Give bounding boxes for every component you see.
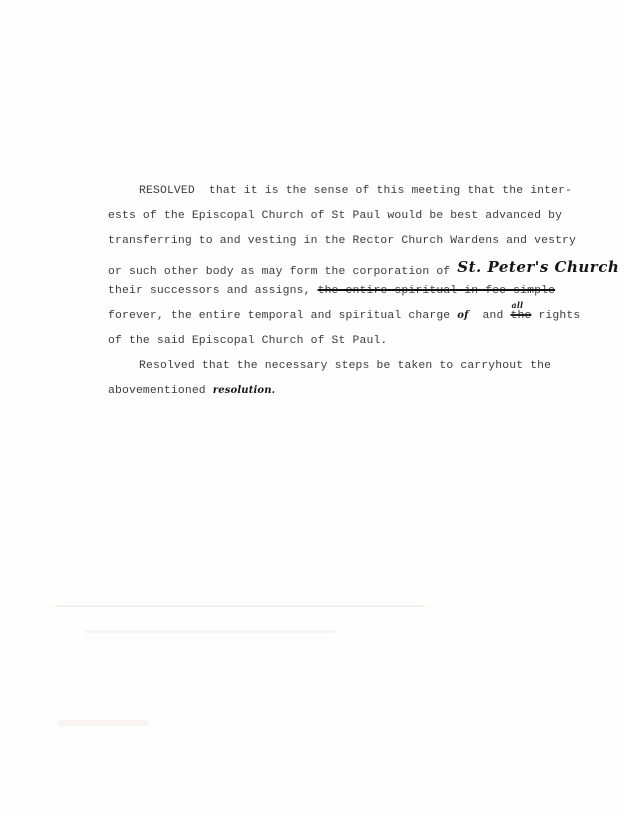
resolution-line-4: or such other body as may form the corpo… [108,260,619,278]
resolution-line-3: transferring to and vesting in the Recto… [108,235,576,247]
handwritten-of: of [457,310,468,321]
resolution-line-7: of the said Episcopal Church of St Paul. [108,335,387,347]
show-through-mark [85,630,335,633]
resolution-line-2: ests of the Episcopal Church of St Paul … [108,210,562,222]
struck-word-the: the [510,310,531,322]
resolution-line-1: RESOLVED that it is the sense of this me… [139,185,572,197]
correction-the-to-all: allthe [510,310,531,322]
handwritten-resolution: resolution. [213,385,276,396]
struck-through-text: the entire spiritual in fee simple [318,285,556,297]
show-through-mark [55,605,425,607]
handwritten-insertion-all: all [511,300,523,310]
resolution-line-6: forever, the entire temporal and spiritu… [108,310,580,322]
handwritten-church-name: St. Peter's Church [457,258,619,276]
resolution2-line-1: Resolved that the necessary steps be tak… [139,360,551,372]
resolved-heading: RESOLVED [139,185,195,197]
show-through-mark [58,720,148,726]
document-page: RESOLVED that it is the sense of this me… [0,0,625,815]
resolution2-line-2: abovementioned resolution. [108,385,275,397]
resolution-line-5: their successors and assigns, the entire… [108,285,555,297]
